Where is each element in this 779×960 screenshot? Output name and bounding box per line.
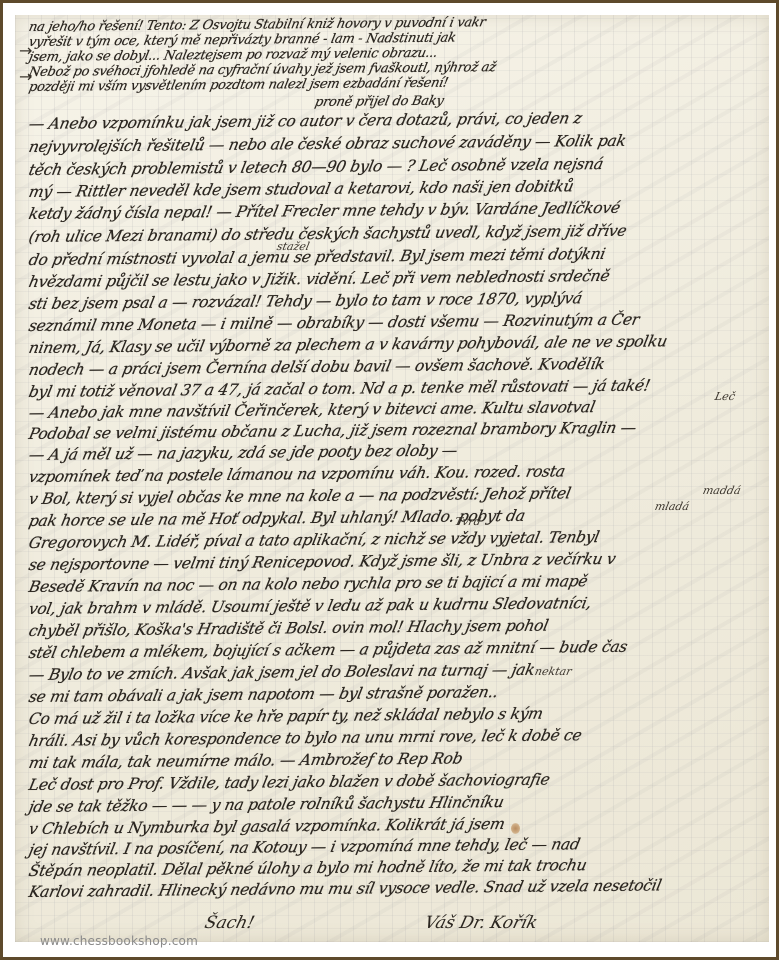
letter-line: stěl chlebem a mlékem, bojující s ačkem …: [27, 636, 762, 662]
interlinear-note: stažel: [276, 240, 311, 253]
letter-line: nejvyvrolejších řešitelů — nebo ale česk…: [27, 130, 762, 156]
letter-line: Besedě Kravín na noc — on na kolo nebo r…: [27, 570, 762, 596]
letter-line: Gregorovych M. Lidéř, píval a tato aplik…: [27, 526, 762, 552]
letter-line: ninem, Já, Klasy se učil výborně za plec…: [27, 331, 762, 357]
ink-stain: [511, 823, 520, 834]
letter-line: se mi tam obávali a jak jsem napotom — b…: [27, 680, 762, 706]
letter-line: v Bol, který si vyjel občas ke mne na ko…: [27, 482, 762, 508]
letter-line: — Anebo vzpomínku jak jsem již co autor …: [27, 107, 762, 133]
letter-line: mý — Rittler neveděl kde jsem studoval a…: [27, 175, 762, 201]
letter-line: chyběl přišlo, Koška's Hradiště či Bolsl…: [27, 614, 762, 640]
closing-salutation: Šach!: [203, 913, 257, 933]
letter-line: pak horce se ule na mě Hoť odpykal. Byl …: [27, 504, 762, 530]
letter-line: hráli. Asi by vůch korespondence to bylo…: [27, 724, 762, 750]
picture-frame: → → na jeho/ho řešení! Tento: Z Osvojtu …: [0, 0, 779, 960]
letter-line: sti bez jsem psal a — rozvázal! Tehdy — …: [27, 287, 762, 313]
letter-line: se nejsportovne — velmi tiný Renicepovod…: [27, 548, 762, 574]
interlinear-note: Leč: [714, 390, 737, 403]
letter-line: Leč dost pro Prof. Vždile, tady lezi jak…: [27, 768, 762, 794]
interlinear-note: nektar: [534, 665, 573, 678]
letter-line: Co má už žil i ta ložka více ke hře papí…: [27, 702, 762, 728]
letter-line: proně přijel do Baky: [313, 90, 761, 110]
letter-line: — Bylo to ve zmích. Avšak jak jsem jel d…: [27, 658, 762, 684]
letter-line: mi tak mála, tak neumírne málo. — Ambrož…: [27, 746, 762, 772]
letter-line: nodech — a práci jsem Černína delší dobu…: [27, 353, 762, 379]
signature: Váš Dr. Kořík: [423, 913, 540, 933]
letter-line: seznámil mne Moneta — i milně — obrabíky…: [27, 309, 762, 335]
letter-line: (roh ulice Mezi branami) do středu český…: [27, 220, 762, 246]
letter-line: vzpomínek teď na postele lámanou na vzpo…: [27, 460, 762, 486]
interlinear-note: Tvrd: [454, 515, 483, 528]
interlinear-note: mladá: [654, 500, 691, 513]
letter-line: těch českých problemistů v letech 80—90 …: [27, 153, 762, 179]
letter-line: jde se tak těžko — — — y na patole rolní…: [27, 790, 762, 816]
letter-page: → → na jeho/ho řešení! Tento: Z Osvojtu …: [15, 15, 769, 942]
letter-line: — A já měl už — na jazyku, zdá se jde po…: [27, 438, 762, 464]
letter-line: ketdy žádný čísla nepal! — Přítel Frecle…: [27, 197, 762, 223]
white-mat: → → na jeho/ho řešení! Tento: Z Osvojtu …: [3, 3, 776, 957]
letter-line: hvězdami půjčil se lestu jako v Jižik. v…: [27, 265, 762, 291]
letter-line: vol, jak brahm v mládě. Usoumí ještě v l…: [27, 592, 762, 618]
watermark: www.chessbookshop.com: [40, 934, 198, 948]
letter-line: do přední místnosti vyvolal a jemu se př…: [27, 243, 762, 269]
interlinear-note: maddá: [702, 484, 742, 497]
